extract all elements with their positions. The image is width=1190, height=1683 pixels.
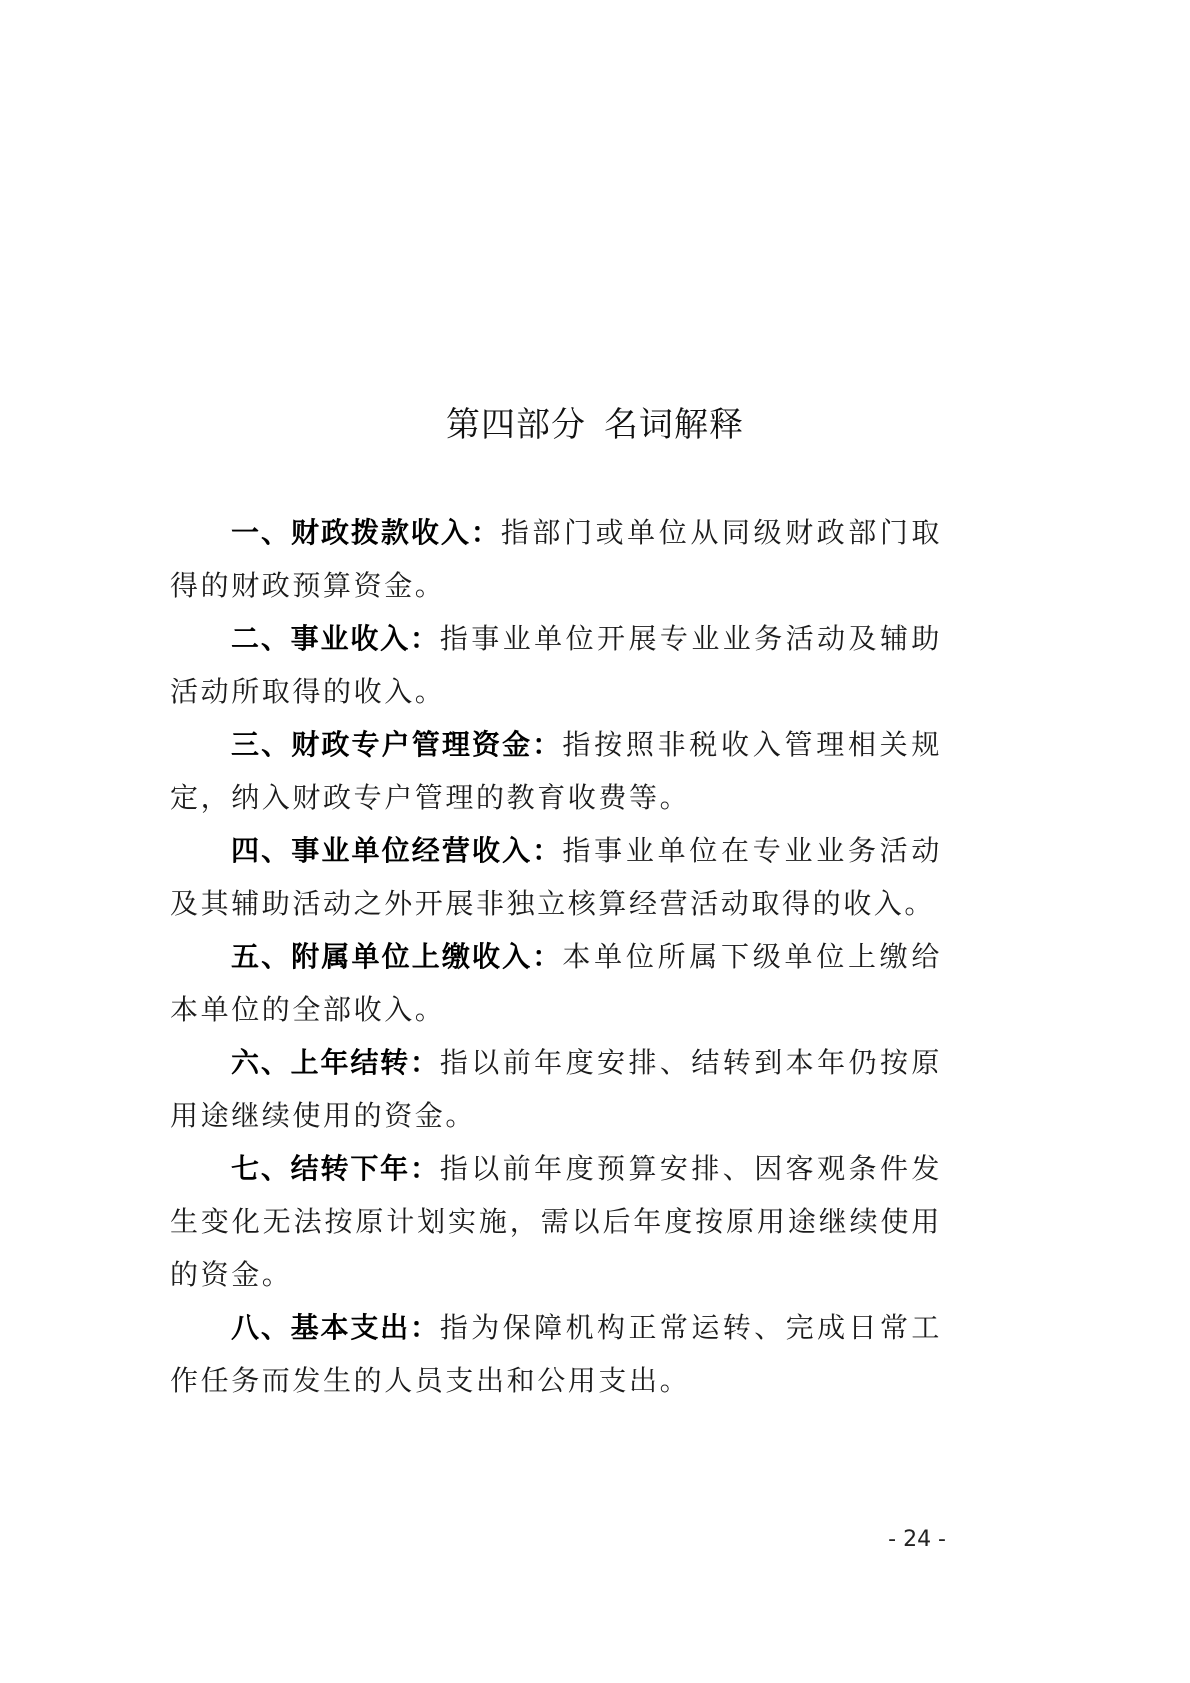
glossary-term: 四、事业单位经营收入： [231,834,562,867]
glossary-term: 六、上年结转： [231,1046,440,1079]
title-part: 第四部分 [446,405,586,445]
glossary-term: 八、基本支出： [231,1311,440,1344]
glossary-entry-1: 一、财政拨款收入：指部门或单位从同级财政部门取得的财政预算资金。 [170,506,942,612]
glossary-body: 一、财政拨款收入：指部门或单位从同级财政部门取得的财政预算资金。 二、事业收入：… [170,506,942,1407]
glossary-term: 三、财政专户管理资金： [231,728,562,761]
glossary-entry-7: 七、结转下年：指以前年度预算安排、因客观条件发生变化无法按原计划实施，需以后年度… [170,1142,942,1301]
glossary-entry-6: 六、上年结转：指以前年度安排、结转到本年仍按原用途继续使用的资金。 [170,1036,942,1142]
title-name: 名词解释 [604,405,744,445]
glossary-entry-4: 四、事业单位经营收入：指事业单位在专业业务活动及其辅助活动之外开展非独立核算经营… [170,824,942,930]
glossary-entry-2: 二、事业收入：指事业单位开展专业业务活动及辅助活动所取得的收入。 [170,612,942,718]
glossary-term: 五、附属单位上缴收入： [231,940,562,973]
page-title: 第四部分名词解释 [0,402,1190,448]
glossary-term: 二、事业收入： [231,622,440,655]
page-number: - 24 - [886,1526,946,1554]
glossary-entry-3: 三、财政专户管理资金：指按照非税收入管理相关规定，纳入财政专户管理的教育收费等。 [170,718,942,824]
glossary-entry-8: 八、基本支出：指为保障机构正常运转、完成日常工作任务而发生的人员支出和公用支出。 [170,1301,942,1407]
glossary-entry-5: 五、附属单位上缴收入：本单位所属下级单位上缴给本单位的全部收入。 [170,930,942,1036]
glossary-term: 七、结转下年： [231,1152,440,1185]
glossary-term: 一、财政拨款收入： [231,516,501,549]
